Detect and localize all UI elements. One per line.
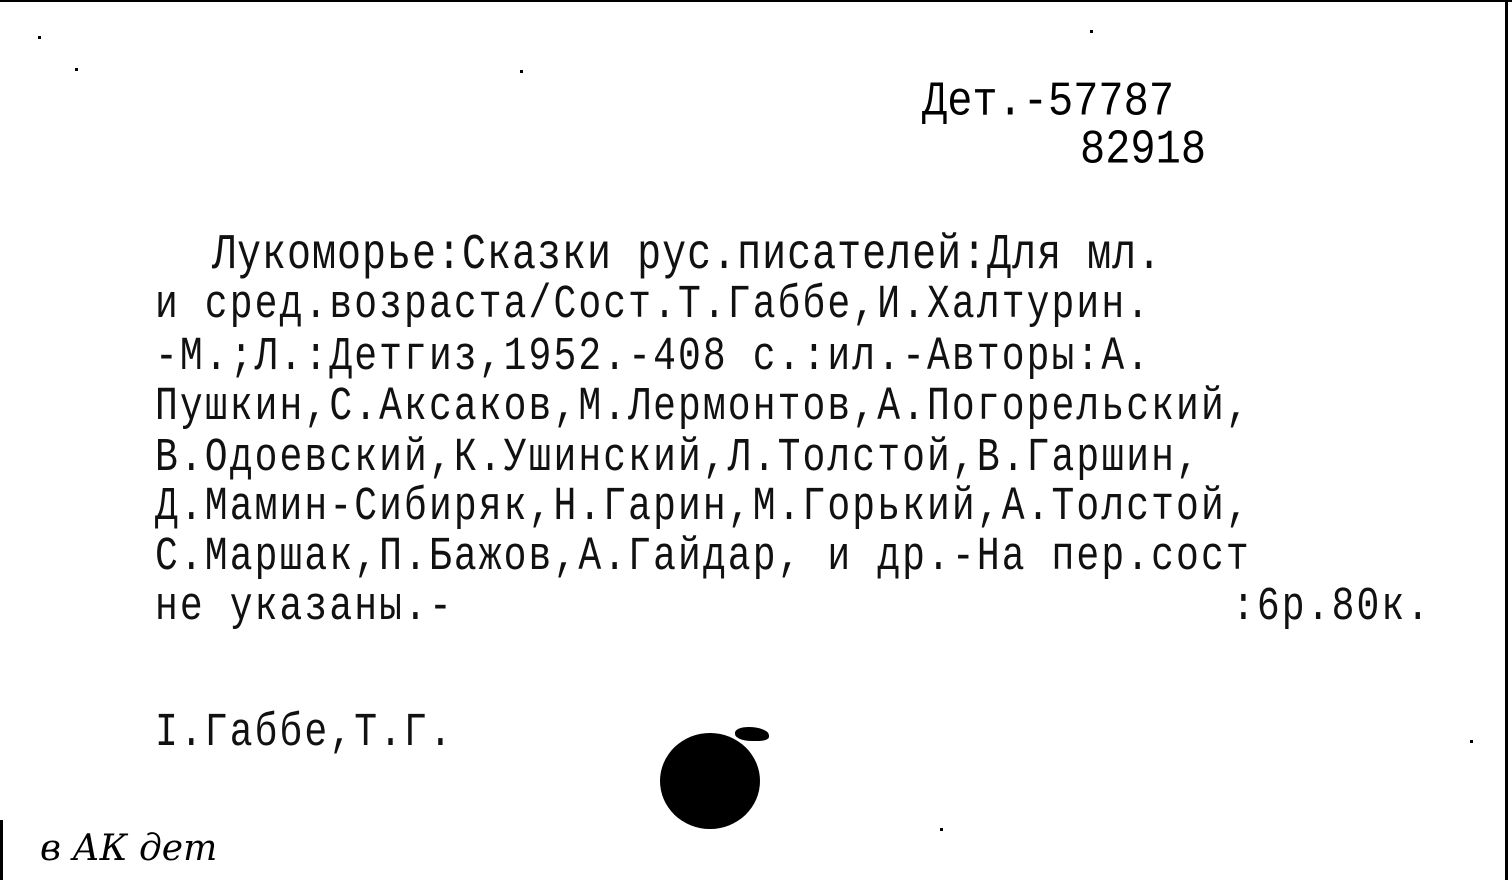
entry-line-1: Лукоморье:Сказки рус.писателей:Для мл.	[212, 228, 1162, 284]
price: :6р.80к.	[1232, 580, 1431, 634]
scan-speck	[75, 68, 78, 71]
card-border-top	[0, 0, 1512, 2]
entry-line-2: и сред.возраста/Сост.Т.Габбе,И.Халтурин.	[155, 278, 1151, 332]
call-number-line1: Дет.-57787	[922, 74, 1174, 129]
scan-speck	[520, 70, 523, 73]
entry-line-6: Д.Мамин-Сибиряк,Н.Гарин,М.Горький,А.Толс…	[155, 480, 1251, 534]
scan-speck	[38, 36, 41, 39]
punch-hole-mark	[660, 733, 760, 829]
punch-hole-mark-tail	[735, 727, 769, 741]
scan-speck	[1090, 30, 1093, 33]
scan-speck	[940, 828, 943, 831]
handwritten-note: в АК дет	[40, 828, 217, 869]
scan-speck	[1470, 740, 1473, 743]
entry-line-7: С.Маршак,П.Бажов,А.Гайдар, и др.-На пер.…	[155, 530, 1251, 584]
entry-line-4: Пушкин,С.Аксаков,М.Лермонтов,А.Погорельс…	[155, 380, 1251, 434]
catalog-card: Дет.-57787 82918 Лукоморье:Сказки рус.пи…	[0, 0, 1512, 880]
entry-line-5: В.Одоевский,К.Ушинский,Л.Толстой,В.Гарши…	[155, 431, 1201, 485]
added-entry: I.Габбе,Т.Г.	[155, 706, 454, 760]
entry-line-8: не указаны.-	[155, 580, 454, 634]
card-border-right	[1505, 0, 1508, 880]
card-border-left	[0, 820, 3, 880]
entry-line-3: -М.;Л.:Детгиз,1952.-408 с.:ил.-Авторы:А.	[155, 330, 1151, 384]
call-number-line2: 82918	[1080, 122, 1206, 177]
